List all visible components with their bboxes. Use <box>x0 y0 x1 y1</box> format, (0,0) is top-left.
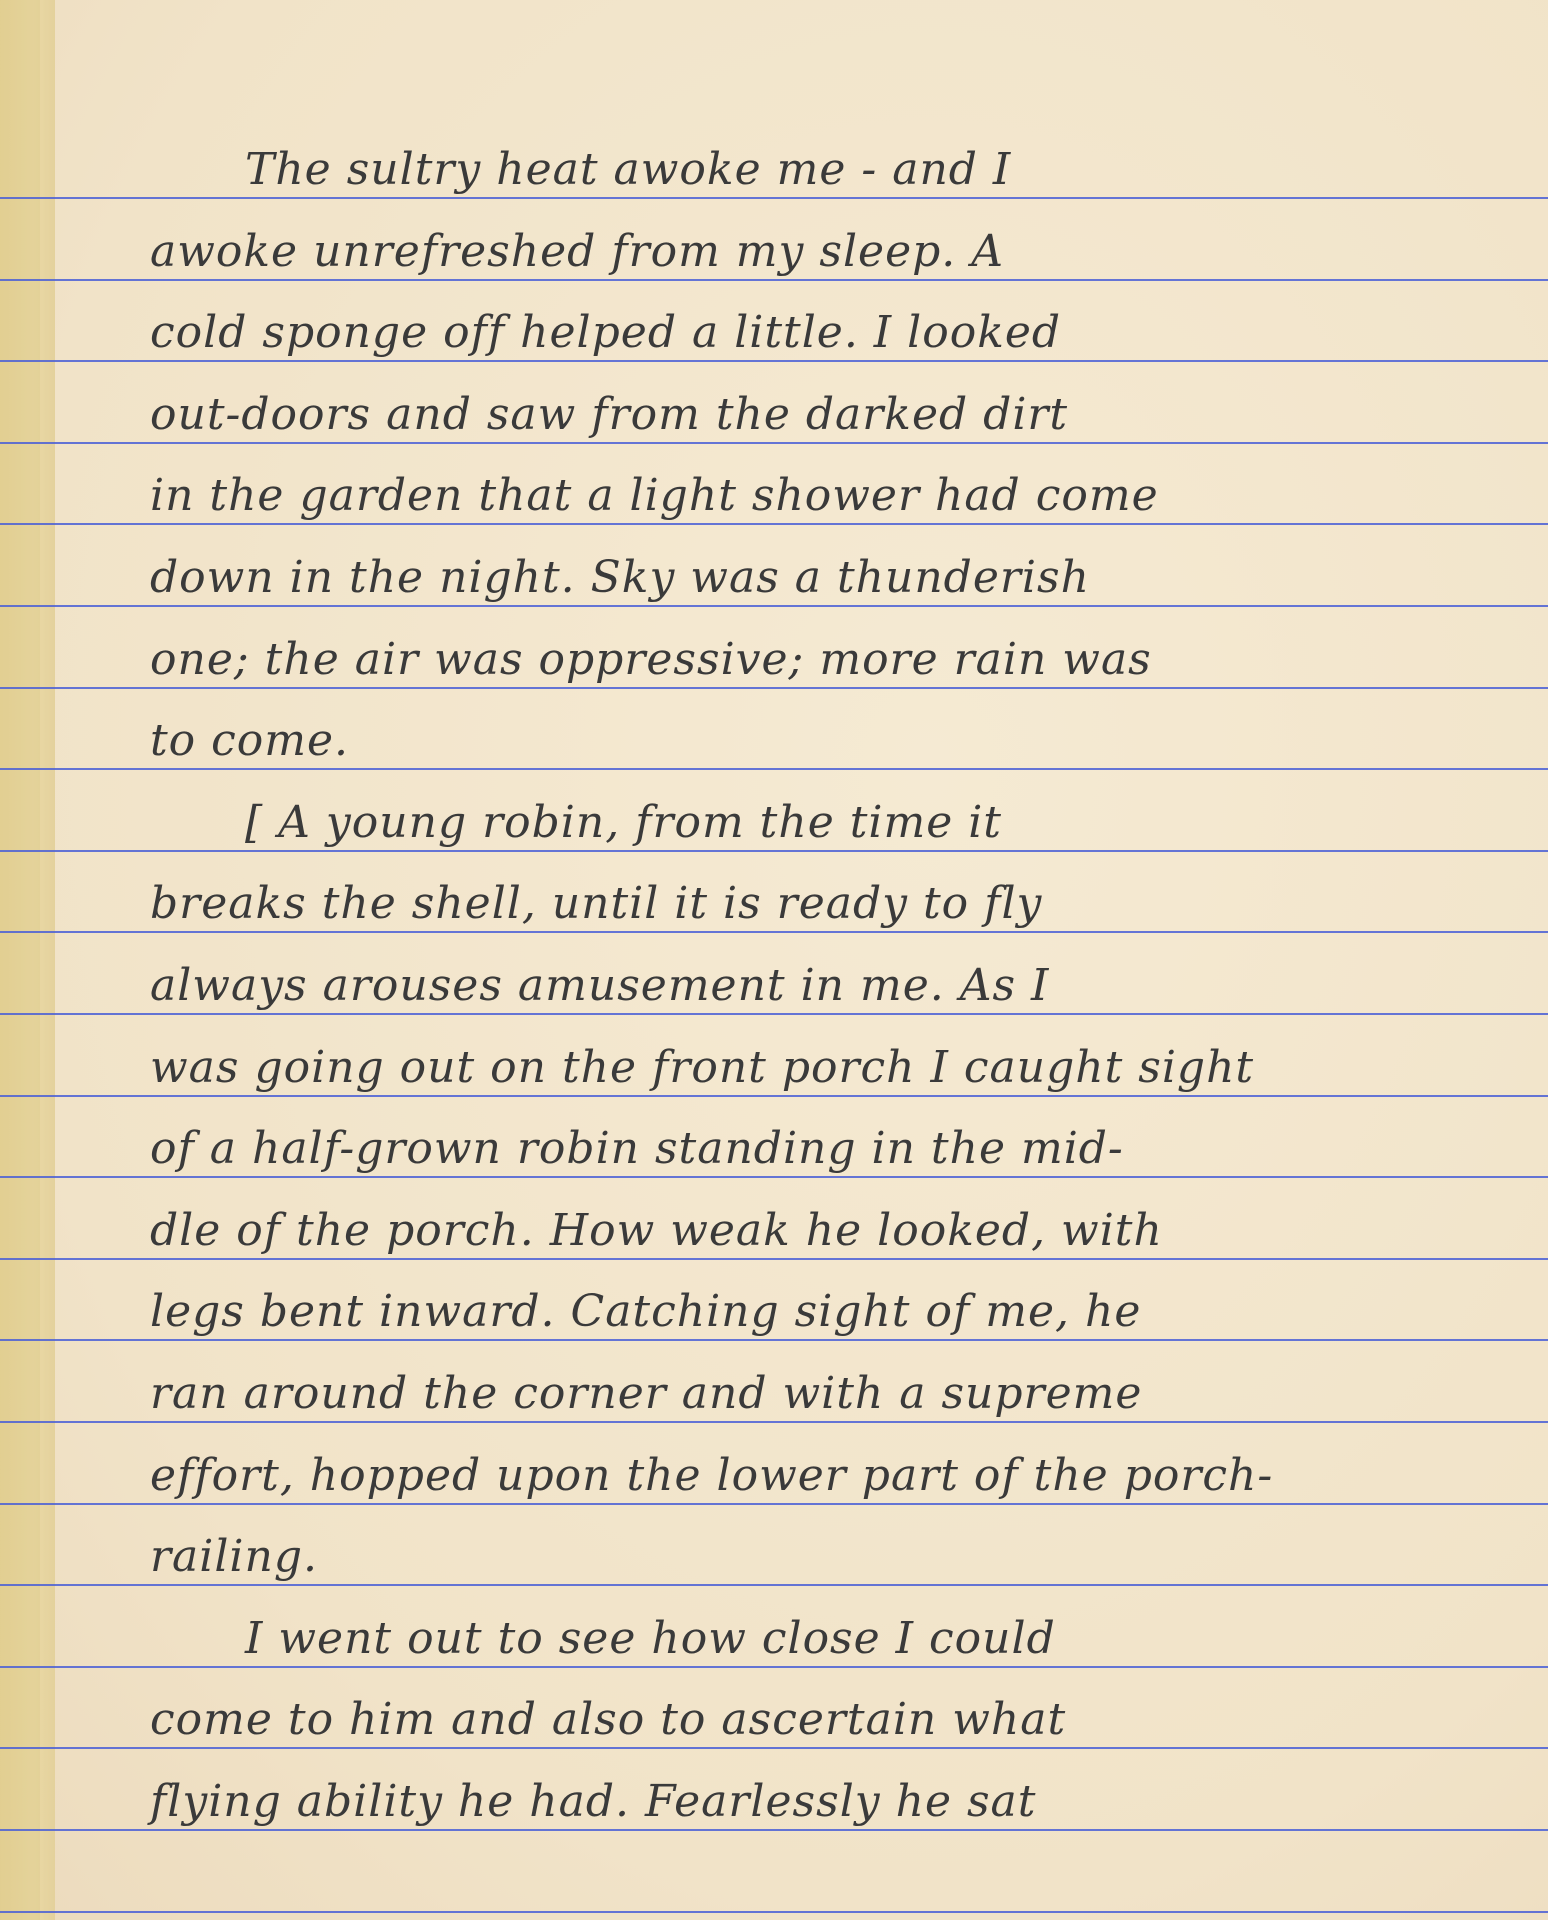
handwritten-line: legs bent inward. Catching sight of me, … <box>150 1277 1508 1347</box>
handwritten-line: The sultry heat awoke me - and I <box>150 135 1508 205</box>
handwritten-line: cold sponge off helped a little. I looke… <box>150 298 1508 368</box>
handwritten-line: railing. <box>150 1522 1508 1592</box>
handwritten-line: of a half-grown robin standing in the mi… <box>150 1114 1508 1184</box>
handwritten-line: one; the air was oppressive; more rain w… <box>150 625 1508 695</box>
handwritten-line: ran around the corner and with a supreme <box>150 1359 1508 1429</box>
ruled-line <box>0 1911 1548 1913</box>
handwritten-line: dle of the porch. How weak he looked, wi… <box>150 1196 1508 1266</box>
handwritten-line: to come. <box>150 706 1508 776</box>
notebook-page: The sultry heat awoke me - and Iawoke un… <box>0 0 1548 1920</box>
handwritten-line: in the garden that a light shower had co… <box>150 461 1508 531</box>
handwritten-line: out-doors and saw from the darked dirt <box>150 380 1508 450</box>
handwritten-line: [ A young robin, from the time it <box>150 788 1508 858</box>
handwritten-line: I went out to see how close I could <box>150 1604 1508 1674</box>
handwritten-line: come to him and also to ascertain what <box>150 1685 1508 1755</box>
handwritten-line: was going out on the front porch I caugh… <box>150 1033 1508 1103</box>
handwritten-line: awoke unrefreshed from my sleep. A <box>150 217 1508 287</box>
handwritten-line: down in the night. Sky was a thunderish <box>150 543 1508 613</box>
handwritten-line: flying ability he had. Fearlessly he sat <box>150 1767 1508 1837</box>
handwritten-line: breaks the shell, until it is ready to f… <box>150 869 1508 939</box>
margin-tape-shadow <box>0 0 40 1920</box>
handwritten-line: always arouses amusement in me. As I <box>150 951 1508 1021</box>
handwritten-line: effort, hopped upon the lower part of th… <box>150 1441 1508 1511</box>
